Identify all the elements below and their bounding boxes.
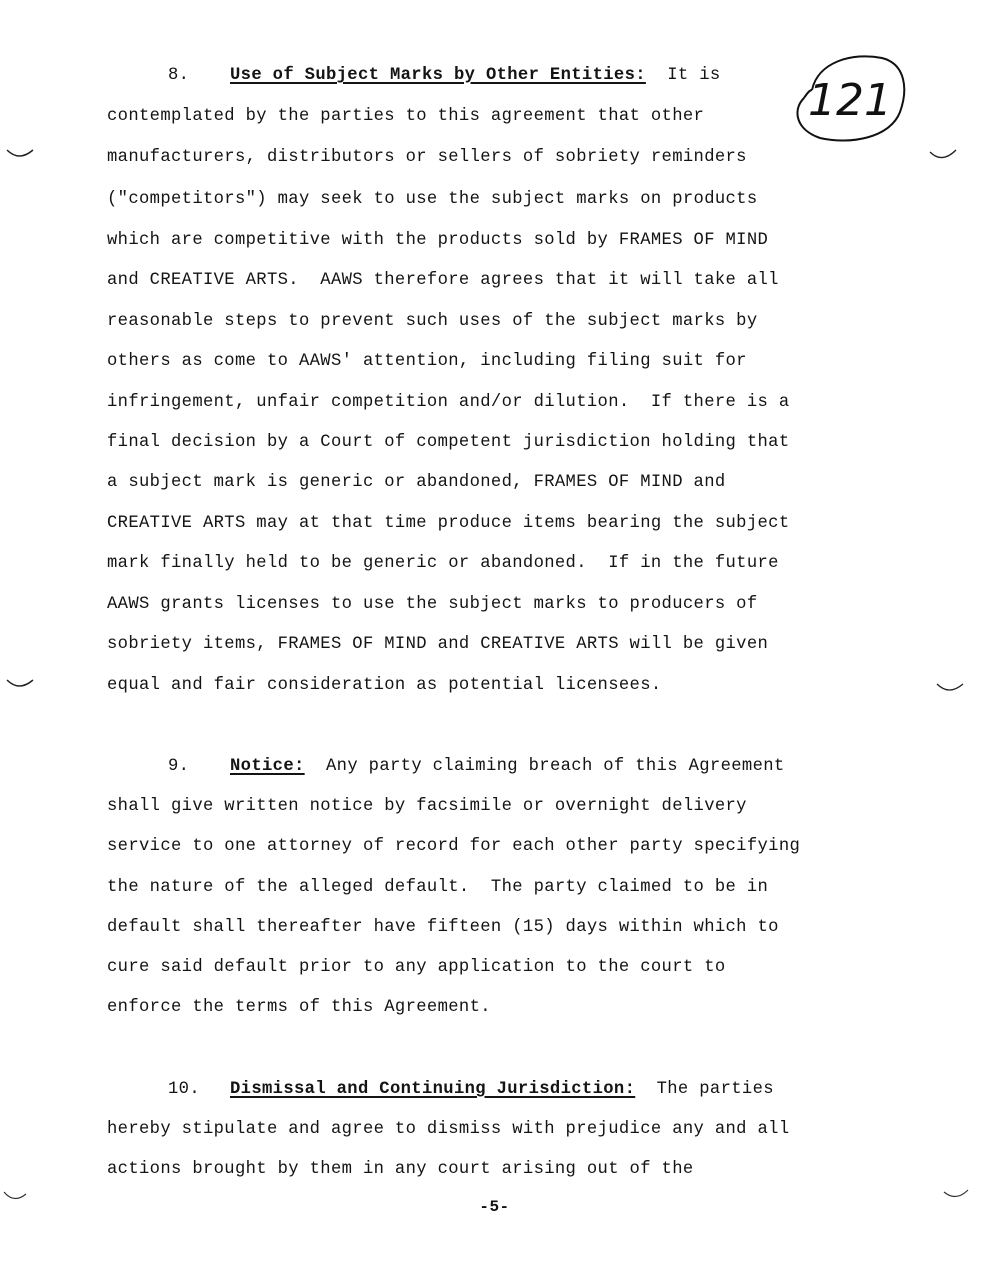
section-8-line: final decision by a Court of competent j… (107, 433, 790, 453)
punch-hole-mark-icon (928, 148, 958, 164)
section-8-line: contemplated by the parties to this agre… (107, 107, 704, 127)
section-9-heading-line: 9.Notice: Any party claiming breach of t… (168, 757, 785, 777)
section-9-line: enforce the terms of this Agreement. (107, 998, 491, 1018)
section-8-line: others as come to AAWS' attention, inclu… (107, 352, 747, 372)
punch-hole-mark-icon (5, 678, 35, 694)
section-8-line: ("competitors") may seek to use the subj… (107, 190, 758, 210)
section-heading: Use of Subject Marks by Other Entities: (230, 66, 646, 85)
section-8-line: which are competitive with the products … (107, 231, 768, 251)
section-8-heading-line: 8.Use of Subject Marks by Other Entities… (168, 66, 721, 86)
section-9-line: shall give written notice by facsimile o… (107, 797, 747, 817)
handwritten-number: 121 (808, 75, 892, 126)
section-8-line: mark finally held to be generic or aband… (107, 554, 779, 574)
section-8-line: AAWS grants licenses to use the subject … (107, 595, 758, 615)
punch-hole-mark-icon (2, 1190, 32, 1206)
section-8-line: CREATIVE ARTS may at that time produce i… (107, 514, 790, 534)
section-text: The parties (657, 1080, 774, 1099)
section-8-line: reasonable steps to prevent such uses of… (107, 312, 758, 332)
section-9-line: service to one attorney of record for ea… (107, 837, 800, 857)
section-8-line: and CREATIVE ARTS. AAWS therefore agrees… (107, 271, 779, 291)
section-heading: Dismissal and Continuing Jurisdiction: (230, 1080, 635, 1099)
section-8-line: a subject mark is generic or abandoned, … (107, 473, 726, 493)
section-9-line: the nature of the alleged default. The p… (107, 878, 768, 898)
page-number: -5- (0, 1198, 989, 1216)
section-10-heading-line: 10.Dismissal and Continuing Jurisdiction… (168, 1080, 774, 1100)
section-number: 10. (168, 1080, 230, 1100)
section-9-line: cure said default prior to any applicati… (107, 958, 726, 978)
section-text: Any party claiming breach of this Agreem… (326, 757, 785, 776)
section-text: It is (667, 66, 720, 85)
section-number: 9. (168, 757, 230, 777)
document-page: 8.Use of Subject Marks by Other Entities… (0, 0, 989, 1267)
section-number: 8. (168, 66, 230, 86)
section-8-line: sobriety items, FRAMES OF MIND and CREAT… (107, 635, 768, 655)
section-heading: Notice: (230, 757, 305, 776)
section-9-line: default shall thereafter have fifteen (1… (107, 918, 779, 938)
circled-handwritten-number-icon: 121 (790, 50, 910, 145)
section-10-line: actions brought by them in any court ari… (107, 1160, 694, 1180)
punch-hole-mark-icon (5, 148, 35, 164)
section-8-line: equal and fair consideration as potentia… (107, 676, 662, 696)
punch-hole-mark-icon (942, 1188, 972, 1204)
section-10-line: hereby stipulate and agree to dismiss wi… (107, 1120, 790, 1140)
section-8-line: infringement, unfair competition and/or … (107, 393, 790, 413)
punch-hole-mark-icon (935, 682, 965, 698)
section-8-line: manufacturers, distributors or sellers o… (107, 148, 747, 168)
